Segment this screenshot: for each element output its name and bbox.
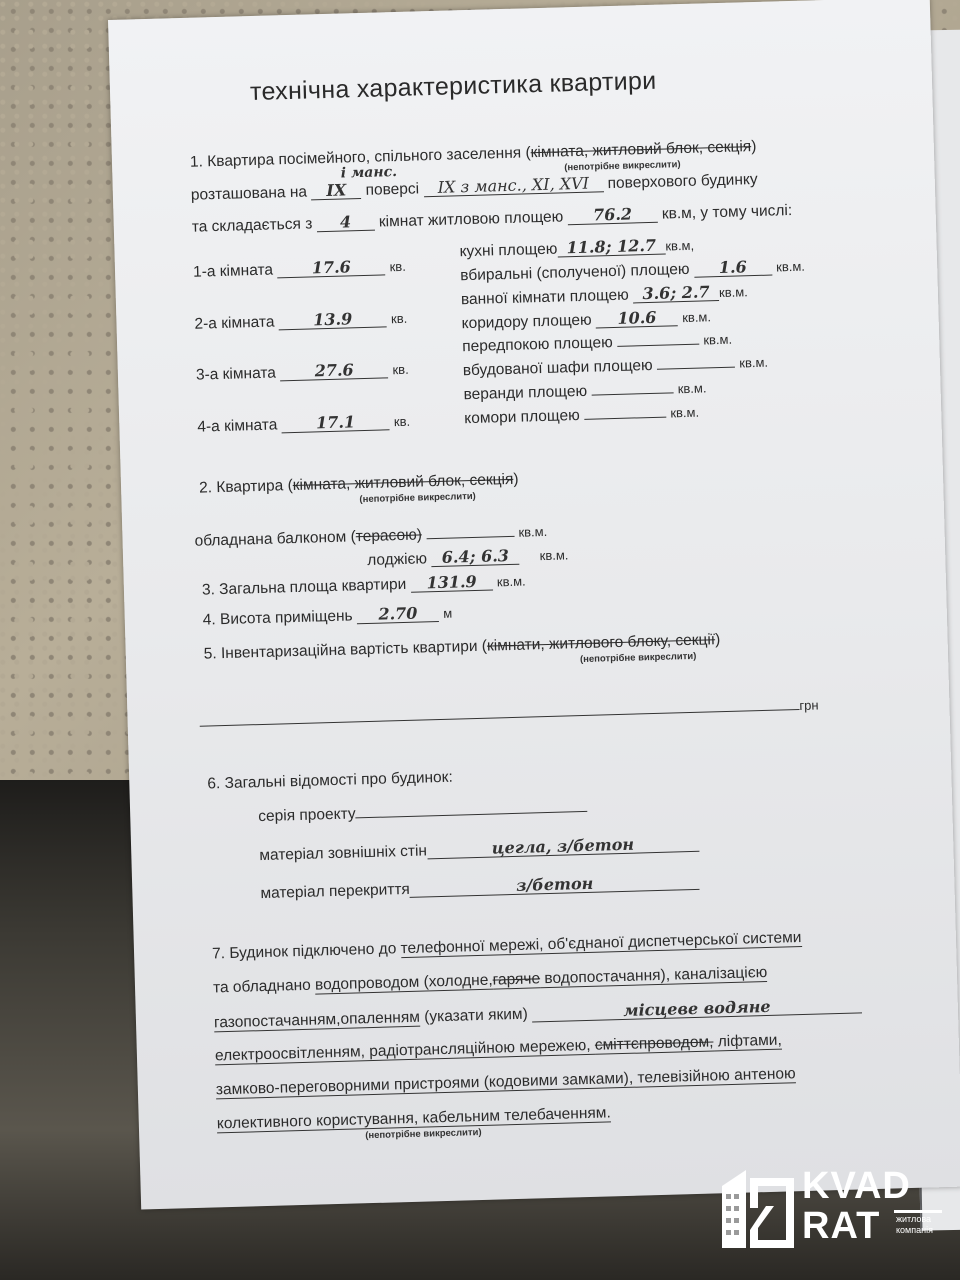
room-3-row: 3-а кімната 27.6 кв. [196,360,409,385]
section-1-line-3: та складається з 4 кімнат житловою площе… [192,201,793,237]
storage-area-row: комори площею кв.м. [464,404,699,429]
room-4-row: 4-а кімната 17.1 кв. [197,412,410,437]
section-7-line-1: 7. Будинок підключено до телефонної мере… [212,929,802,963]
logo-divider [894,1210,942,1213]
building-k-logo-icon [718,1168,796,1248]
total-area-row: 3. Загальна площа квартири 131.9 кв.м. [202,572,526,600]
section-7-line-5: замково-переговорними пристроями (кодови… [216,1065,796,1099]
building-floors-field: IX з манс., XI, XVI [423,174,603,197]
hint-cross-out: (непотрібне викреслити) [580,651,697,665]
section-7-line-4: електроосвітленням, радіотрансляційною м… [215,1032,782,1066]
brand-name: KVAD RAT [802,1166,911,1246]
loggia-row: лоджією 6.4; 6.3 кв.м. [367,545,569,570]
struck-options: кімната, житловий блок, секція [530,138,751,161]
veranda-area-row: веранди площею кв.м. [463,379,706,404]
floor-field: IXі манс. [311,181,361,200]
section-1-line-2: розташована на IXі манс. поверсі IX з ма… [191,170,758,205]
hint-cross-out: (непотрібне викреслити) [359,491,476,505]
bathroom-area-row: ванної кімнати площею 3.6; 2.7кв.м. [461,282,748,309]
corridor-area-row: коридору площею 10.6 кв.м. [461,307,711,333]
kvadrat-watermark: KVAD RAT житлова компанія [718,1168,948,1248]
heating-type-field: місцеве водяне [532,995,862,1022]
kitchen-area-row: кухні площею11.8; 12.7кв.м, [459,236,694,262]
hint-cross-out: (непотрібне викреслити) [564,159,681,173]
document-page: технічна характеристика квартири 1. Квар… [108,0,960,1210]
document-title: технічна характеристика квартири [250,67,657,107]
living-area-field: 76.2 [567,205,657,226]
section-7-line-2: та обладнано водопроводом (холодне,гаряч… [213,964,768,997]
hallway-area-row: передпокою площею кв.м. [462,331,732,357]
rooms-count-field: 4 [316,213,374,233]
room-2-row: 2-а кімната 13.9 кв. [194,309,407,334]
toilet-area-row: вбиральні (сполученої) площею 1.6 кв.м. [460,257,805,286]
section-6-heading: 6. Загальні відомості про будинок: [207,769,453,794]
walls-material-row: матеріал зовнішніх стінцегла, з/бетон [259,834,699,865]
floors-material-row: матеріал перекриттяз/бетон [260,872,700,903]
inventory-value-row: грн [199,696,818,731]
project-series-row: серія проекту [258,799,588,826]
closet-area-row: вбудованої шафи площею кв.м. [463,354,769,381]
room-1-row: 1-а кімната 17.6 кв. [193,257,406,282]
section-7-line-3: газопостачанням,опаленням (указати яким)… [214,995,862,1032]
hint-cross-out: (непотрібне викреслити) [365,1127,482,1141]
brand-tagline: житлова компанія [896,1214,933,1236]
ceiling-height-row: 4. Висота приміщень 2.70 м [203,604,453,630]
